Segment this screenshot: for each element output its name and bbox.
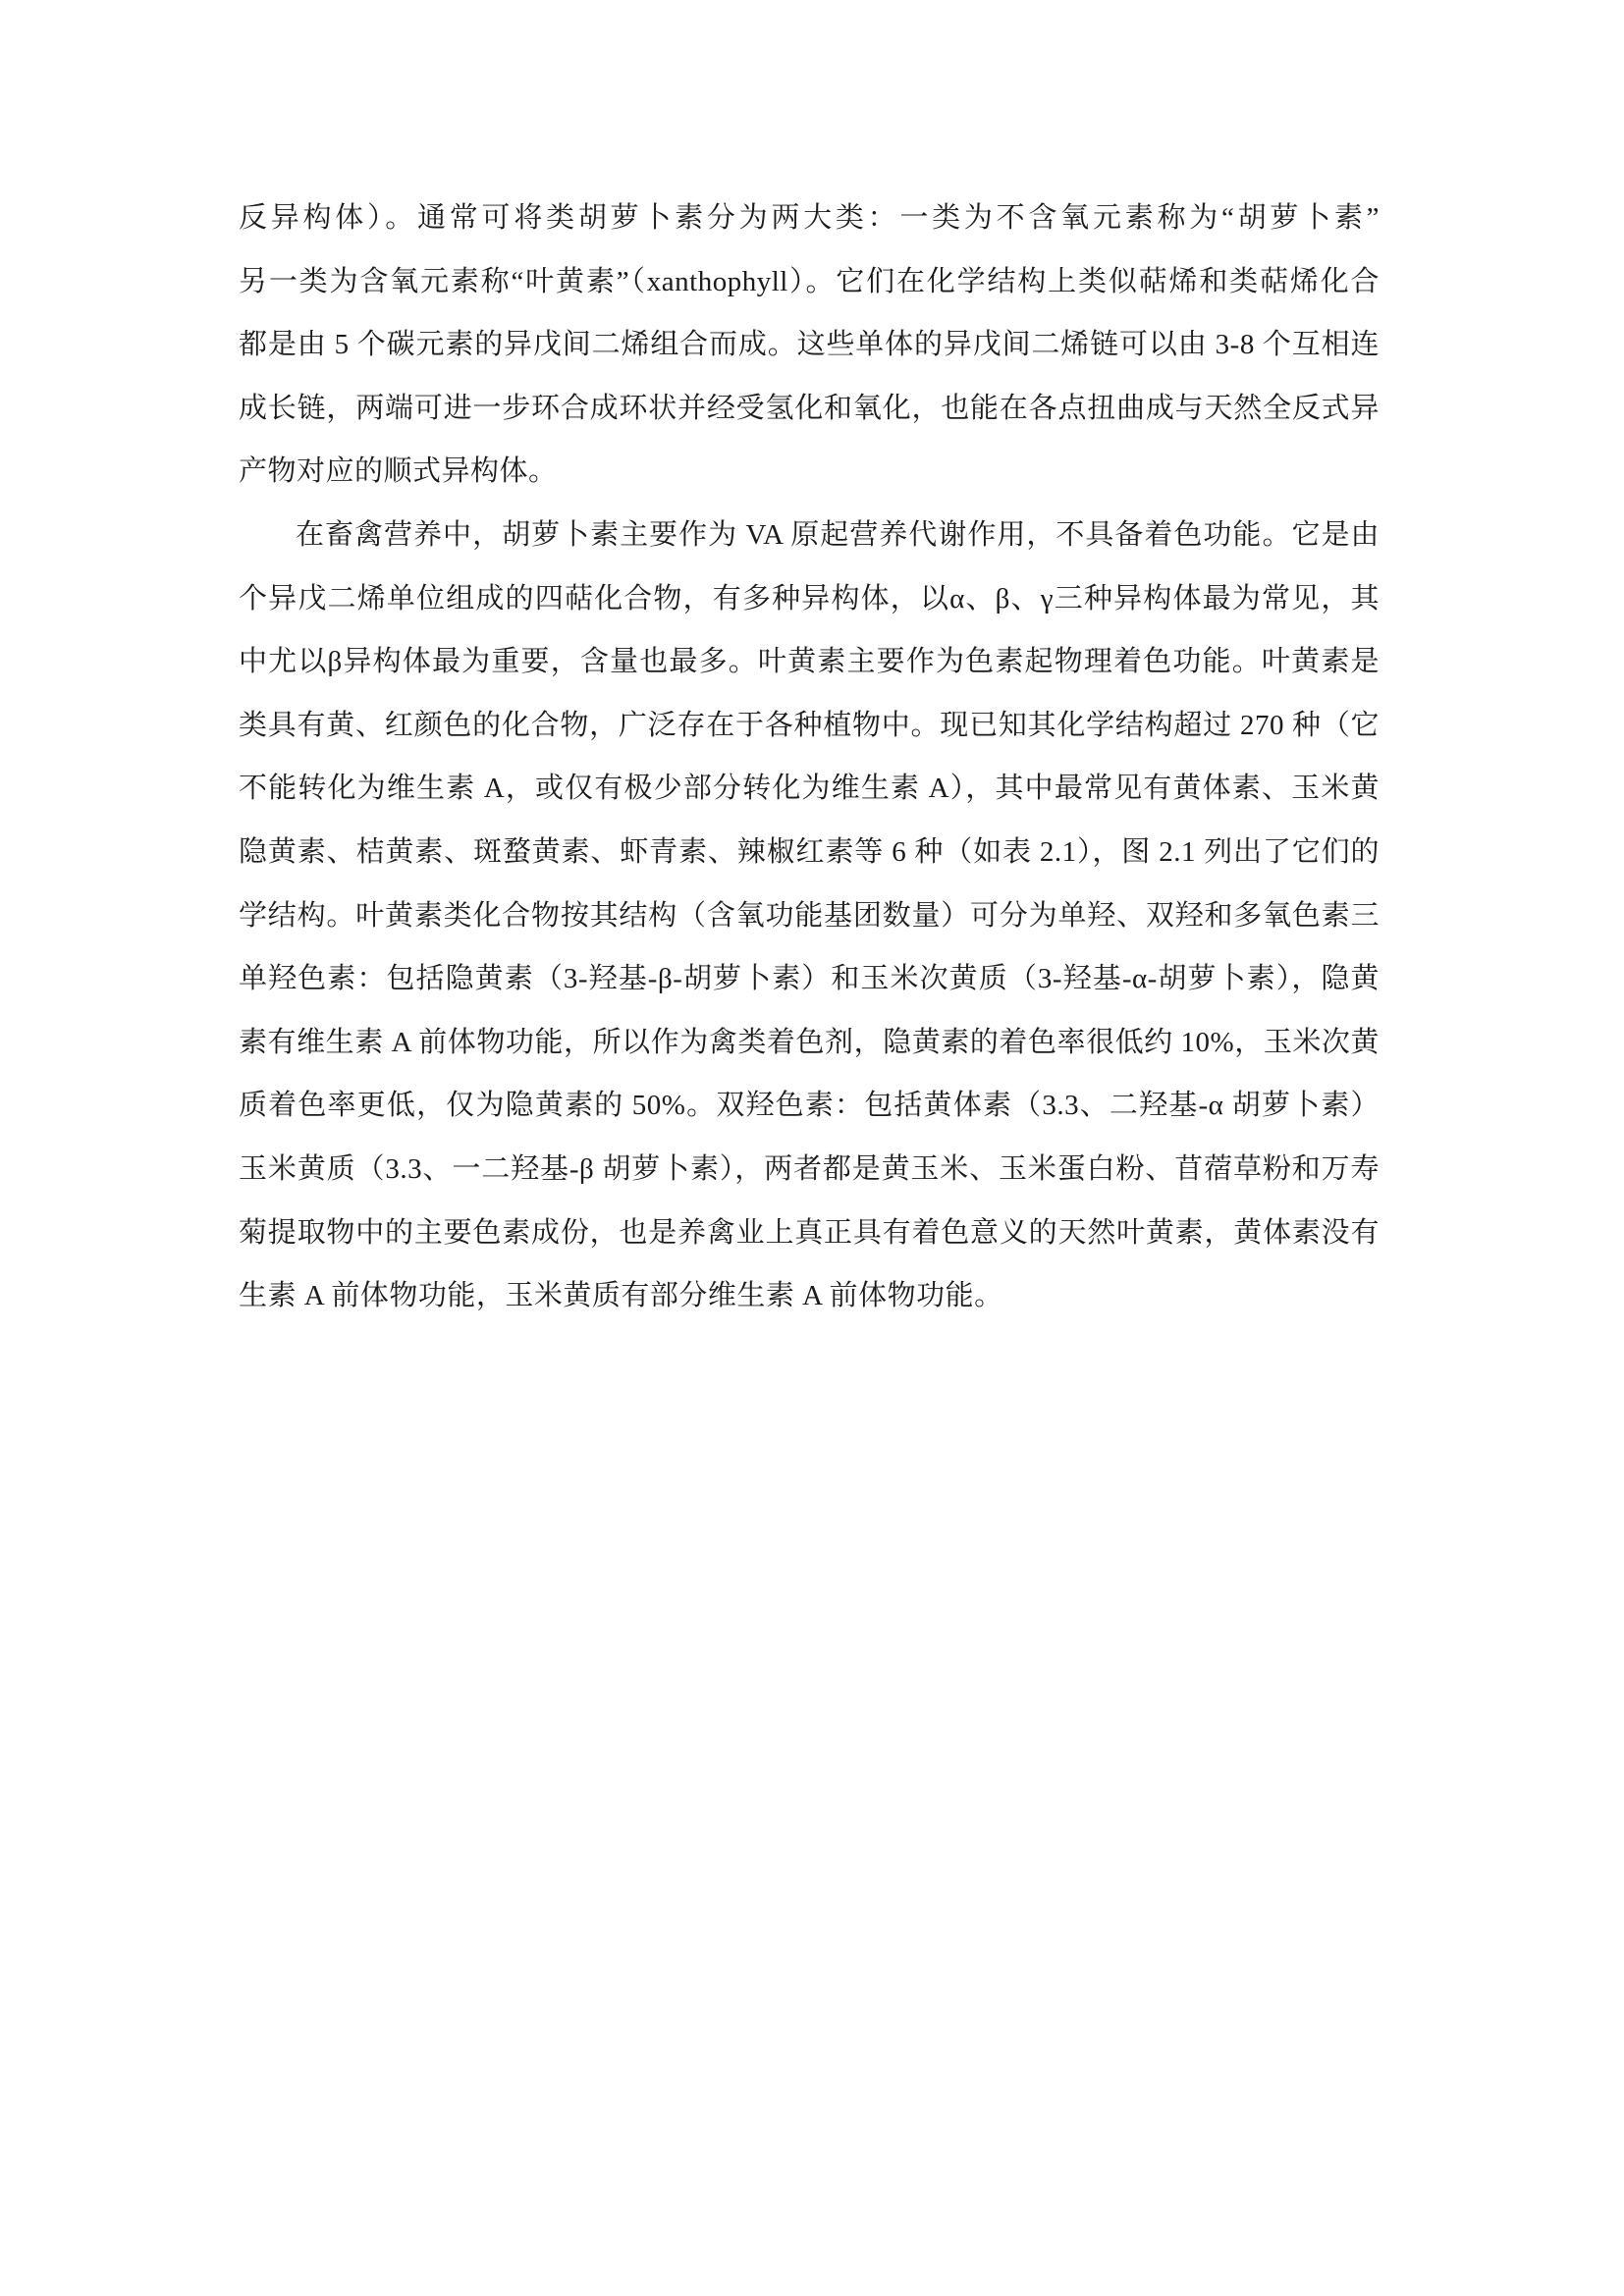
text-line: 另一类为含氧元素称“叶黄素”（xanthophyll）。它们在化学结构上类似萜烯… [239, 250, 1380, 314]
text-line: 反异构体）。通常可将类胡萝卜素分为两大类：一类为不含氧元素称为“胡萝卜素”（ca… [239, 187, 1380, 250]
text-line: 单羟色素：包括隐黄素（3-羟基-β-胡萝卜素）和玉米次黄质（3-羟基-α-胡萝卜… [239, 947, 1380, 1011]
text-line: 隐黄素、桔黄素、斑蝥黄素、虾青素、辣椒红素等 6 种（如表 2.1），图 2.1… [239, 821, 1380, 884]
text-line: 素有维生素 A 前体物功能，所以作为禽类着色剂，隐黄素的着色率很低约 10%，玉… [239, 1011, 1380, 1075]
text-line: 个异戊二烯单位组成的四萜化合物，有多种异构体，以α、β、γ三种异构体最为常见，其 [239, 567, 1380, 631]
text-line: 成长链，两端可进一步环合成环状并经受氢化和氧化，也能在各点扭曲成与天然全反式异构 [239, 377, 1380, 441]
text-line: 玉米黄质（3.3、一二羟基-β 胡萝卜素），两者都是黄玉米、玉米蛋白粉、苜蓿草粉… [239, 1138, 1380, 1201]
document-page: 反异构体）。通常可将类胡萝卜素分为两大类：一类为不含氧元素称为“胡萝卜素”（ca… [0, 0, 1624, 2296]
text-line: 生素 A 前体物功能，玉米黄质有部分维生素 A 前体物功能。 [239, 1264, 1380, 1328]
paragraph-continuation: 反异构体）。通常可将类胡萝卜素分为两大类：一类为不含氧元素称为“胡萝卜素”（ca… [239, 187, 1380, 504]
text-line: 学结构。叶黄素类化合物按其结构（含氧功能基团数量）可分为单羟、双羟和多氧色素三类… [239, 884, 1380, 948]
paragraph-body: 在畜禽营养中，胡萝卜素主要作为 VA 原起营养代谢作用，不具备着色功能。它是由 … [239, 504, 1380, 1328]
text-line: 产物对应的顺式异构体。 [239, 440, 1380, 504]
text-line: 菊提取物中的主要色素成份，也是养禽业上真正具有着色意义的天然叶黄素，黄体素没有维 [239, 1201, 1380, 1265]
text-line: 都是由 5 个碳元素的异戊间二烯组合而成。这些单体的异戊间二烯链可以由 3-8 … [239, 313, 1380, 377]
text-line: 中尤以β异构体最为重要，含量也最多。叶黄素主要作为色素起物理着色功能。叶黄素是一 [239, 630, 1380, 694]
text-line: 质着色率更低，仅为隐黄素的 50%。双羟色素：包括黄体素（3.3、二羟基-α 胡… [239, 1074, 1380, 1138]
text-line: 类具有黄、红颜色的化合物，广泛存在于各种植物中。现已知其化学结构超过 270 种… [239, 694, 1380, 758]
text-line: 在畜禽营养中，胡萝卜素主要作为 VA 原起营养代谢作用，不具备着色功能。它是由 … [239, 504, 1380, 567]
text-line: 不能转化为维生素 A，或仅有极少部分转化为维生素 A），其中最常见有黄体素、玉米… [239, 757, 1380, 821]
document-text-block: 反异构体）。通常可将类胡萝卜素分为两大类：一类为不含氧元素称为“胡萝卜素”（ca… [239, 187, 1380, 1328]
